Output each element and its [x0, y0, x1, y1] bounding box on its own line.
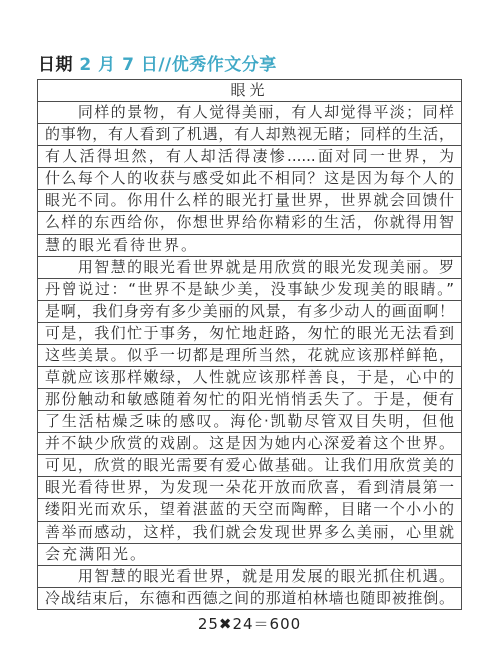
- essay-line-row: 会充满阳光。: [38, 543, 461, 565]
- essay-line-row: 缕阳光而欢乐，望着湛蓝的天空而陶醉，目睹一个小小的: [38, 498, 461, 520]
- essay-line-row: 同样的景物，有人觉得美丽，有人却觉得平淡；同样: [38, 101, 461, 123]
- essay-line-row: 那份触动和敏感随着匆忙的阳光悄悄丢失了。于是，便有: [38, 388, 461, 410]
- essay-line-row: 并不缺少欣赏的戏剧。这是因为她内心深爱着这个世界。: [38, 432, 461, 454]
- essay-line-row: 么样的东西给你，你想世界给你精彩的生活，你就得用智: [38, 211, 461, 233]
- essay-line-row: 慧的眼光看待世界。: [38, 234, 461, 256]
- page-header: 日期 2 月 7 日//优秀作文分享: [38, 50, 277, 75]
- essay-line-row: 这些美景。似乎一切都是理所当然，花就应该那样鲜艳，: [38, 344, 461, 366]
- essay-line-row: 的事物，有人看到了机遇，有人却熟视无睹；同样的生活，: [38, 123, 461, 145]
- date-value: 2 月 7 日//优秀作文分享: [79, 55, 276, 75]
- essay-line-row: 有人活得坦然，有人却活得凄惨......面对同一世界，为: [38, 145, 461, 167]
- essay-line-row: 草就应该那样嫩绿，人性就应该那样善良，于是，心中的: [38, 366, 461, 388]
- essay-line-row: 可是，我们忙于事务，匆忙地赶路，匆忙的眼光无法看到: [38, 322, 461, 344]
- essay-line-row: 是啊，我们身旁有多少美丽的风景，有多少动人的画面啊！: [38, 300, 461, 322]
- essay-line-row: 什么每个人的收获与感受如此不相同？这是因为每个人的: [38, 167, 461, 189]
- essay-line-row: 善举而感动，这样，我们就会发现世界多么美丽，心里就: [38, 521, 461, 543]
- composition-grid-sheet: 眼光 同样的景物，有人觉得美丽，有人却觉得平淡；同样的事物，有人看到了机遇，有人…: [37, 79, 462, 610]
- essay-line-row: 眼光看待世界，为发现一朵花开放而欣喜，看到清晨第一: [38, 476, 461, 498]
- essay-line-row: 用智慧的眼光看世界就是用欣赏的眼光发现美丽。罗: [38, 256, 461, 278]
- essay-line-row: 了生活枯燥乏味的感叹。海伦·凯勒尽管双目失明，但他: [38, 410, 461, 432]
- essay-title: 眼光: [38, 80, 461, 101]
- grid-count-formula: 25✖24＝600: [37, 613, 462, 634]
- essay-share-page: 日期 2 月 7 日//优秀作文分享 眼光 同样的景物，有人觉得美丽，有人却觉得…: [0, 0, 500, 666]
- essay-line-row: 眼光不同。你用什么样的眼光打量世界，世界就会回馈什: [38, 189, 461, 211]
- essay-line-row: 冷战结束后，东德和西德之间的那道柏林墙也随即被推倒。: [38, 587, 461, 609]
- date-label: 日期: [38, 55, 79, 75]
- essay-line-row: 丹曾说过：“世界不是缺少美，没事缺少发现美的眼睛。”: [38, 278, 461, 300]
- essay-line-row: 用智慧的眼光看世界，就是用发展的眼光抓住机遇。: [38, 565, 461, 587]
- essay-line-row: 可见，欣赏的眼光需要有爱心做基础。让我们用欣赏美的: [38, 454, 461, 476]
